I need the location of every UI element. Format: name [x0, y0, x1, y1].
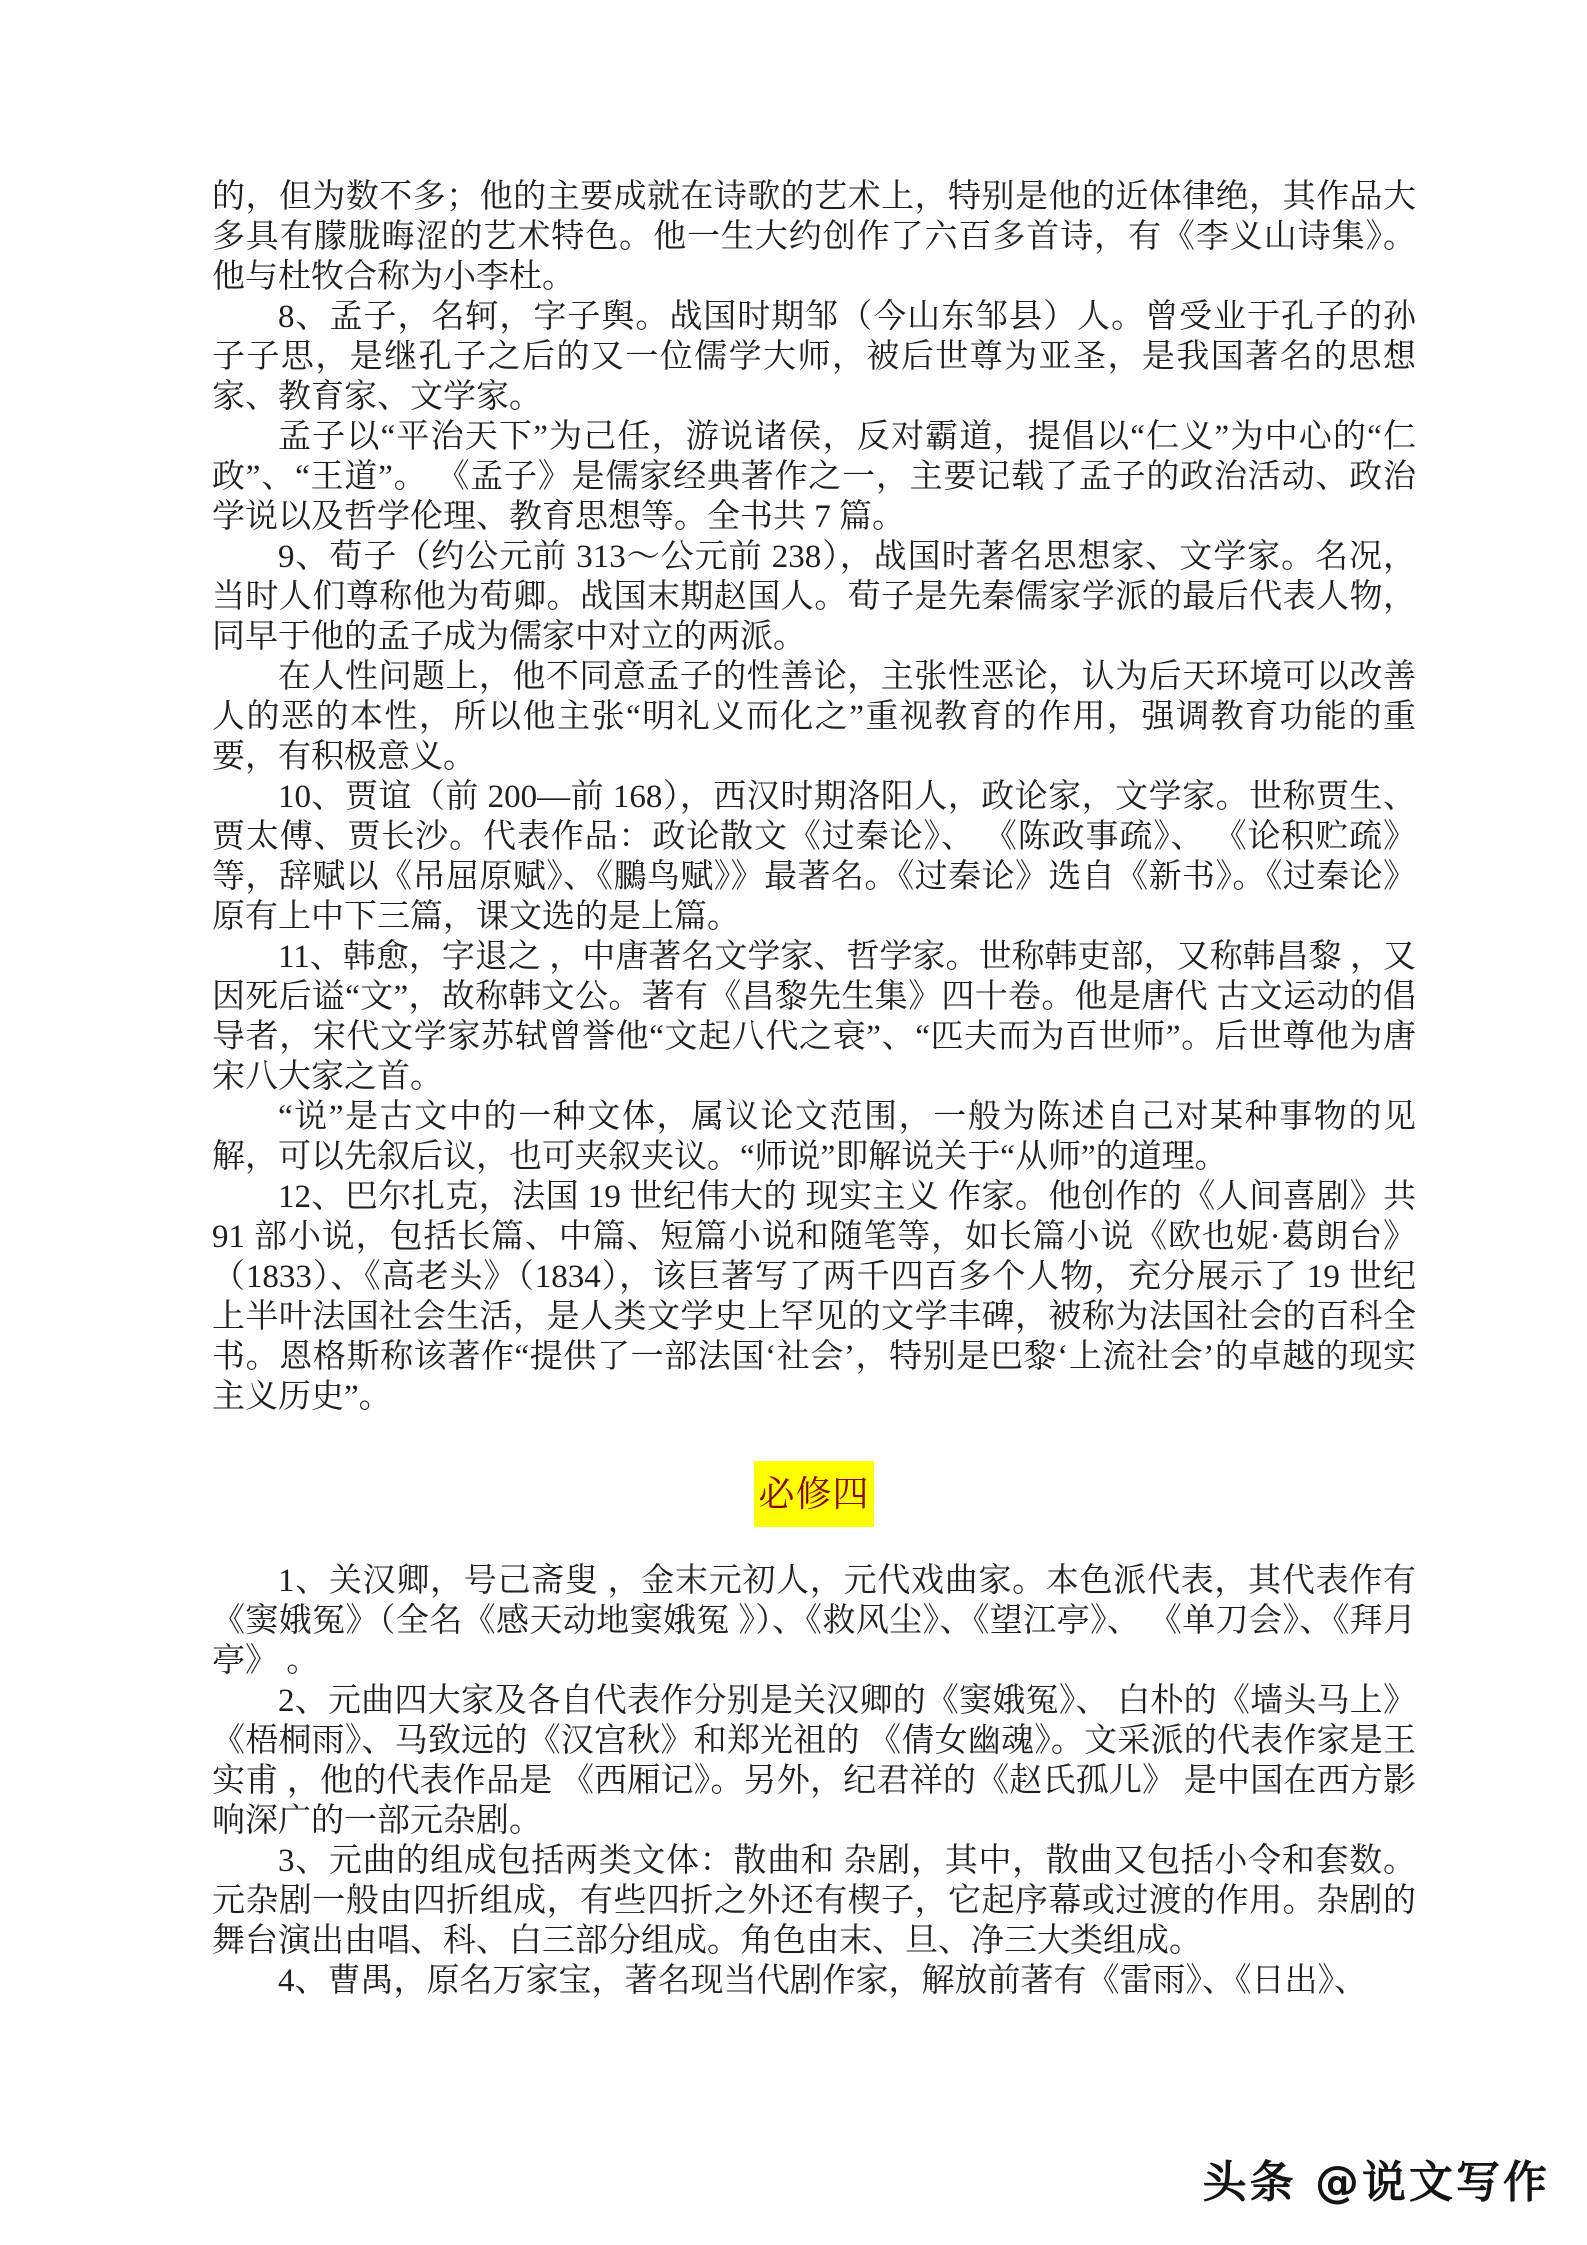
paragraph-12-balzac: 12、巴尔扎克，法国 19 世纪伟大的 现实主义 作家。他创作的《人间喜剧》共 …	[212, 1177, 1416, 1417]
paragraph-mengzi-works: 孟子以“平治天下”为己任，游说诸侯，反对霸道，提倡以“仁义”为中心的“仁政”、“…	[212, 417, 1416, 537]
paragraph-10-jiayi: 10、贾谊（前 200—前 168），西汉时期洛阳人，政论家，文学家。世称贾生、…	[212, 777, 1416, 937]
paragraph-shuo-genre: “说”是古文中的一种文体，属议论文范围，一般为陈述自己对某种事物的见解，可以先叙…	[212, 1097, 1416, 1177]
paragraph-11-hanyu: 11、韩愈，字退之 ，中唐著名文学家、哲学家。世称韩吏部，又称韩昌黎 ，又因死后…	[212, 937, 1416, 1097]
paragraph-09-xunzi: 9、荀子（约公元前 313～公元前 238），战国时著名思想家、文学家。名况，当…	[212, 537, 1416, 657]
paragraph-xunzi-views: 在人性问题上，他不同意孟子的性善论，主张性恶论，认为后天环境可以改善人的恶的本性…	[212, 657, 1416, 777]
document-body: 的，但为数不多；他的主要成就在诗歌的艺术上，特别是他的近体律绝，其作品大多具有朦…	[212, 177, 1416, 2001]
section-heading-row: 必修四	[212, 1461, 1416, 1527]
paragraph-01-guanhanqing: 1、关汉卿，号己斋叟 ，金末元初人，元代戏曲家。本色派代表，其代表作有《窦娥冤》…	[212, 1561, 1416, 1681]
paragraph-li-shangyin-continuation: 的，但为数不多；他的主要成就在诗歌的艺术上，特别是他的近体律绝，其作品大多具有朦…	[212, 177, 1416, 297]
section-heading-bixiu-4: 必修四	[754, 1461, 873, 1527]
paragraph-02-yuanqu-masters: 2、元曲四大家及各自代表作分别是关汉卿的《窦娥冤》、 白朴的《墙头马上》《梧桐雨…	[212, 1681, 1416, 1841]
document-page: 的，但为数不多；他的主要成就在诗歌的艺术上，特别是他的近体律绝，其作品大多具有朦…	[0, 0, 1587, 2245]
paragraph-03-yuanqu-structure: 3、元曲的组成包括两类文体：散曲和 杂剧，其中，散曲又包括小令和套数。元杂剧一般…	[212, 1841, 1416, 1961]
watermark-toutiao: 头条 @说文写作	[1203, 2156, 1550, 2210]
paragraph-04-caoyu: 4、曹禺，原名万家宝，著名现当代剧作家，解放前著有《雷雨》、《日出》、	[212, 1961, 1416, 2001]
paragraph-08-mengzi: 8、孟子，名轲，字子舆。战国时期邹（今山东邹县）人。曾受业于孔子的孙子子思，是继…	[212, 297, 1416, 417]
